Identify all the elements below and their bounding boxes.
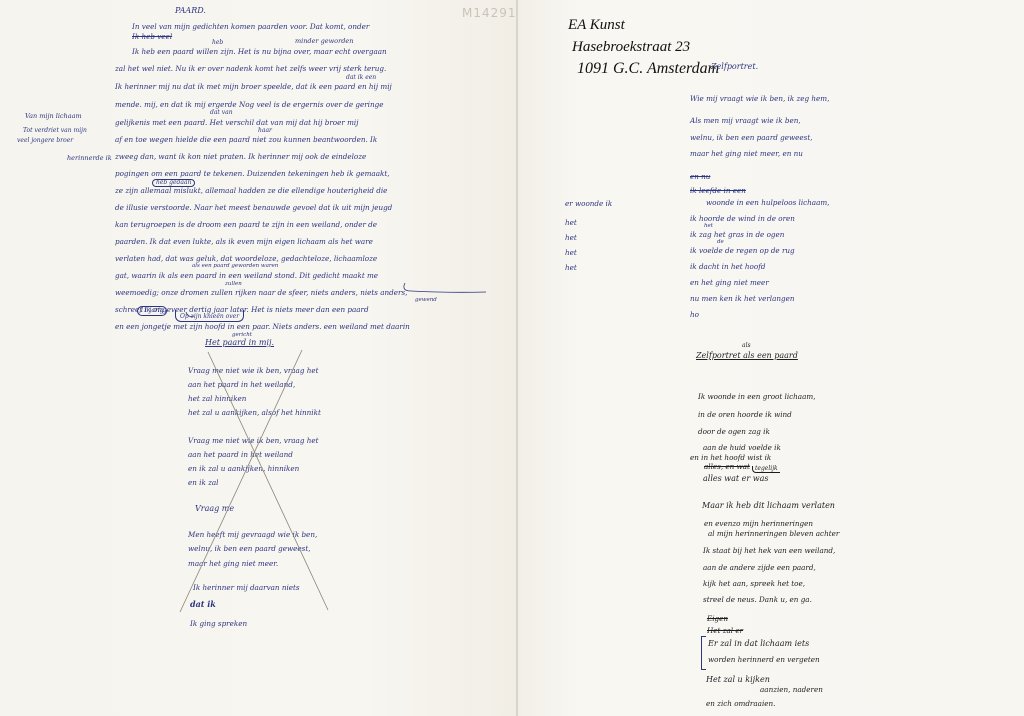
insertion: haar — [258, 128, 272, 134]
insertion: het — [704, 224, 713, 230]
draft-line: ik dacht in het hoofd — [690, 263, 765, 270]
prose-line: gat, waarin ik als een paard in een weil… — [115, 272, 378, 279]
margin-note: herinnerde ik — [67, 155, 112, 162]
prose-line: zal het wel niet. Nu ik er over nadenk k… — [115, 65, 386, 72]
prose-line: Ik herinner mij nu dat ik met mijn broer… — [115, 83, 392, 90]
poem-line: welnu, ik ben een paard geweest, — [188, 545, 311, 552]
prose-line: af en toe wegen hielde die een paard nie… — [115, 136, 377, 143]
final-title: Zelfportret als een paard — [696, 352, 798, 360]
final-line: kijk het aan, spreek het toe, — [703, 580, 805, 587]
final-line: en evenzo mijn herinneringen — [704, 520, 813, 527]
struck-line: Het zal er — [707, 627, 743, 634]
insertion: dat van — [210, 110, 233, 116]
final-line: Het zal u kijken — [706, 676, 770, 684]
prose-line: mende. mij, en dat ik mij ergerde Nog ve… — [115, 101, 383, 108]
insertion: tegelijk — [752, 466, 780, 473]
insertion: minder geworden — [295, 38, 353, 45]
poem-line: Ik herinner mij daarvan niets — [193, 584, 300, 591]
draft-line: ik hoorde de wind in de oren — [690, 215, 795, 222]
final-line: aan de huid voelde ik — [703, 444, 781, 451]
title-insertion: als — [742, 343, 751, 349]
insertion: heb — [212, 40, 223, 46]
draft-line: maar het ging niet meer, en nu — [690, 150, 803, 157]
final-line: Er zal in dat lichaam iets — [708, 640, 809, 648]
prose-line: paarden. Ik dat even lukte, als ik even … — [115, 238, 373, 245]
margin-bracket — [701, 636, 706, 670]
final-line: Maar ik heb dit lichaam verlaten — [702, 502, 835, 510]
draft-line: welnu, ik ben een paard geweest, — [690, 134, 813, 141]
poem-line: en ik zal — [188, 479, 218, 486]
poem-line: aan het paard in het weiland, — [188, 381, 295, 388]
final-line: door de ogen zag ik — [698, 428, 770, 435]
prose-line: pogingen om een paard te tekenen. Duizen… — [115, 170, 390, 177]
insertion: heb gedaan — [152, 179, 195, 187]
final-line: worden herinnerd en vergeten — [708, 656, 820, 663]
poem-line: aan het paard in het weiland — [188, 451, 293, 458]
prose-line: en een jongetje met zijn hoofd in een pa… — [115, 323, 410, 330]
margin-note: veel jongere broer — [17, 138, 73, 144]
column-line: het — [565, 219, 577, 226]
draft-line: ho — [690, 311, 699, 318]
poem-line: dat ik — [190, 600, 216, 608]
prose-line: Ik heb een paard willen zijn. Het is nu … — [132, 48, 387, 55]
insertion: gewend — [415, 298, 437, 304]
column-line: het — [565, 264, 577, 271]
bracket-note: Op zijn knieën over — [175, 310, 244, 322]
draft-line: ik zag het gras in de ogen — [690, 231, 784, 238]
struck-line: Eigen — [707, 615, 728, 622]
prose-line: Ik heb veel — [132, 33, 172, 40]
margin-note: Tot verdriet van mijn — [23, 128, 87, 134]
insertion: de — [717, 240, 724, 246]
poem-line: het zal hinniken — [188, 395, 246, 402]
struck-line: ik leefde in een — [690, 187, 746, 194]
address-line: EA Kunst — [568, 18, 625, 33]
prose-line: In veel van mijn gedichten komen paarden… — [132, 23, 369, 30]
final-line: Ik woonde in een groot lichaam, — [698, 393, 815, 400]
prose-line: kan terugroepen is de droom een paard te… — [115, 221, 377, 228]
margin-note: Van mijn lichaam — [25, 113, 82, 120]
final-line: aanzien, naderen — [760, 686, 823, 693]
final-line: in de oren hoorde ik wind — [698, 411, 792, 418]
final-line: aan de andere zijde een paard, — [703, 564, 816, 571]
poem-line: Vraag me niet wie ik ben, vraag het — [188, 437, 319, 444]
poem-line: Vraag me niet wie ik ben, vraag het — [188, 367, 319, 374]
draft-line: ik voelde de regen op de rug — [690, 247, 795, 254]
final-line: Ik staat bij het hek van een weiland, — [703, 547, 835, 554]
final-line: en in het hoofd wist ik — [690, 454, 771, 461]
prose-line: de illusie verstoorde. Naar het meest be… — [115, 204, 392, 211]
final-line: al mijn herinneringen bleven achter — [708, 530, 839, 537]
prose-line: verlaten had, dat was geluk, dat woordel… — [115, 255, 377, 262]
draft-line: en het ging niet meer — [690, 279, 769, 286]
archive-stamp: M14291 — [462, 6, 517, 20]
poem-line: Men heeft mij gevraagd wie ik ben, — [188, 531, 317, 538]
column-line: er woonde ik — [565, 200, 612, 207]
final-line: en zich omdraaien. — [706, 700, 775, 707]
draft-line: Wie mij vraagt wie ik ben, ik zeg hem, — [690, 95, 829, 102]
column-line: het — [565, 249, 577, 256]
poem-line: en ik zal u aankijken, hinniken — [188, 465, 299, 472]
struck-line: en nu — [690, 173, 710, 180]
poem-fragment: Vraag me — [195, 505, 234, 513]
address-line: 1091 G.C. Amsterdam — [577, 61, 719, 77]
draft-line: nu men ken ik het verlangen — [690, 295, 795, 302]
insertion: zullen — [225, 282, 242, 288]
column-line: het — [565, 234, 577, 241]
prose-line: weemoedig; onze dromen zullen rijken naa… — [115, 289, 407, 296]
insertion: dat ik een — [346, 75, 376, 81]
address-line: Hasebroekstraat 23 — [572, 40, 690, 55]
final-line: streel de neus. Dank u, en ga. — [703, 596, 812, 603]
poem-title: Het paard in mij. — [205, 339, 274, 347]
poem-line: het zal u aankijken, alsof het hinnikt — [188, 409, 321, 416]
poem-line: maar het ging niet meer. — [188, 560, 278, 567]
prose-line: zweeg dan, want ik kon niet praten. Ik h… — [115, 153, 366, 160]
draft-line: Als men mij vraagt wie ik ben, — [690, 117, 801, 124]
final-line: alles wat er was — [703, 475, 768, 483]
struck-line: alles, en wat — [704, 463, 750, 470]
draft-title: Zelfportret. — [711, 63, 758, 71]
draft-line: woonde in een hulpeloos lichaam, — [706, 199, 829, 206]
poem-line: Ik ging spreken — [190, 620, 247, 627]
essay-heading: PAARD. — [175, 7, 206, 15]
insertion: als een paard geworden waren — [192, 264, 278, 270]
prose-line: ze zijn allemaal mislukt, allemaal hadde… — [115, 187, 387, 194]
bracket-note: 11 jarig — [137, 306, 167, 316]
prose-line: gelijkenis met een paard. Het verschil d… — [115, 119, 358, 126]
